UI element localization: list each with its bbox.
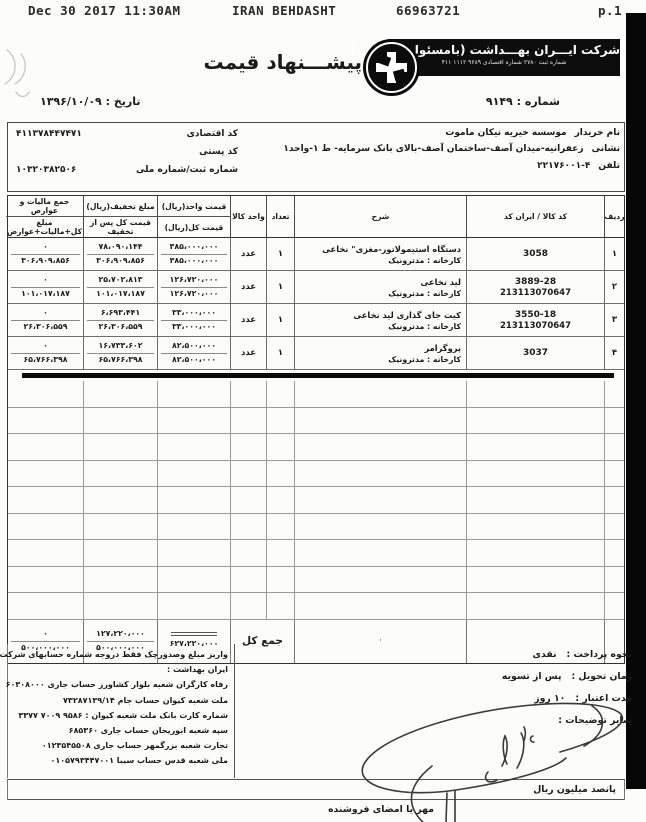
empty-cell [157,567,230,593]
product-name: لید نخاعی [297,277,461,287]
sum-rule [171,632,217,636]
economic-code-label: کد اقتصادی [187,129,238,139]
table-row: ۳ 3550-18 213113070647 کیت جای گذاری لید… [8,304,624,337]
empty-cell [294,540,466,566]
empty-cell [466,461,604,487]
header-description: شرح [294,196,466,237]
empty-cell [266,514,294,540]
delivery-time-line: زمان تحویل : پس از تسویه [502,671,632,682]
bank-account-line: رفاه کارگران شعبه بلوار کشاورز حساب جاری… [10,677,228,692]
buyer-label: نام خریدار [575,128,620,138]
postal-code-row: کد پستی [16,147,238,157]
price-cell: ۳۳،۰۰۰،۰۰۰ ۳۳،۰۰۰،۰۰۰ [157,304,230,336]
empty-cell [230,434,266,460]
factory-name: کارخانه : مدترونیک [297,256,461,265]
other-notes-line: سایر توضیحات : [502,715,632,726]
unit-price-value: ۱۲۶،۷۲۰،۰۰۰ [161,275,227,288]
validity-label: مدت اعتبار : [575,693,632,704]
empty-cell [8,381,83,407]
address-value: زعفرانیه-میدان آصف-ساختمان آصف-بالای بان… [283,144,583,154]
product-code-cell: 3889-28 213113070647 [466,271,604,303]
empty-table-row [8,567,624,594]
empty-table-row [8,434,624,461]
amount-in-words: پانصد میلیون ریال [533,784,616,795]
total-price-value: ۳۳،۰۰۰،۰۰۰ [161,321,227,333]
document-title: پیشـــنهاد قیمت [236,50,362,74]
registration-label: شماره ثبت/شماره ملی [136,165,238,175]
economic-code-row: کد اقتصادی ۴۱۱۳۷۸۴۴۷۴۷۱ [16,129,238,139]
empty-cell [466,514,604,540]
fax-header: Dec 30 2017 11:30AM IRAN BEHDASHT 669637… [0,3,646,19]
after-discount-value: ۱۰۱،۰۱۷،۱۸۷ [87,288,154,300]
price-cell: ۸۲،۵۰۰،۰۰۰ ۸۲،۵۰۰،۰۰۰ [157,337,230,369]
buyer-name: موسسه خیریه نیکان ماموت [445,128,566,138]
product-code-cell: 3058 [466,238,604,270]
empty-cell [604,461,624,487]
factory-name: کارخانه : مدترونیک [297,289,461,298]
empty-cell [294,461,466,487]
items-table: ردیف کد کالا / ایران کد شرح تعداد واحد ک… [7,195,625,664]
header-total-price: قیمت کل(ریال) [158,217,230,237]
bank-account-line: ملی شعبه قدس حساب سیبا ۰۱۰۵۷۹۳۴۴۷۰۰۱ [10,753,228,768]
qty-cell: ۱ [266,271,294,303]
factory-name: کارخانه : مدترونیک [297,322,461,331]
table-row: ۴ 3037 پروگرامر کارخانه : مدترونیک ۱ عدد… [8,337,624,370]
table-row: ۱ 3058 دستگاه استیمولاتور-مغزی" نخاعی کا… [8,238,624,271]
total-discount-value: ۱۲۷،۲۲۰،۰۰۰ [87,629,154,642]
bank-account-line: ملت شعبه کیوان حساب جام ۷۳۲۸۷۱۳۹/۱۴ [10,693,228,708]
empty-cell [83,540,157,566]
header-tax-sum: جمع مالیات و عوارض [6,196,83,217]
delivery-time-value: پس از تسویه [502,671,562,682]
bank-account-line: شماره کارت بانک ملت شعبه کیوان : ۹۵۸۶ ۷۰… [10,708,228,723]
empty-cell [294,487,466,513]
header-discount: مبلغ تخفیف(ریال) قیمت کل پس از تخفیف [83,196,157,237]
header-tax: جمع مالیات و عوارض مبلغ کل+مالیات+عوارض [6,196,83,237]
unit-cell: عدد [230,304,266,336]
empty-cell [604,408,624,434]
fax-number: 66963721 [396,3,460,18]
empty-cell [230,461,266,487]
description-cell: دستگاه استیمولاتور-مغزی" نخاعی کارخانه :… [294,238,466,270]
header-grand-total: مبلغ کل+مالیات+عوارض [6,217,83,237]
discount-cell: ۱۶،۷۳۳،۶۰۲ ۶۵،۷۶۶،۳۹۸ [83,337,157,369]
row-number-cell: ۴ [604,337,624,369]
row-number-cell: ۲ [604,271,624,303]
empty-cell [83,408,157,434]
company-banner: شرکت ایـــران بهـــداشت (بامسئولیت محدود… [388,39,620,76]
empty-cell [157,434,230,460]
empty-cell [83,434,157,460]
tax-value: ۰ [11,341,80,354]
fax-timestamp: Dec 30 2017 11:30AM [28,3,181,18]
product-code: 3058 [523,249,548,259]
header-discount-amount: مبلغ تخفیف(ریال) [84,196,157,217]
bank-title-line2: ایران بهداشت : [10,662,228,677]
empty-cell [604,434,624,460]
validity-line: مدت اعتبار : ۱۰ روز [502,693,632,704]
empty-table-row [8,408,624,435]
empty-cell [157,408,230,434]
empty-cell [266,567,294,593]
empty-cell [8,567,83,593]
unit-price-value: ۸۲،۵۰۰،۰۰۰ [161,341,227,354]
tax-cell: ۰ ۲۶،۳۰۶،۵۵۹ [8,304,83,336]
qty-cell: ۱ [266,238,294,270]
empty-cell [266,381,294,407]
other-notes-label: سایر توضیحات : [558,715,632,726]
buyer-row: نام خریدار موسسه خیریه نیکان ماموت [235,128,620,138]
document-number-value: ۹۱۴۹ [486,95,513,108]
empty-cell [266,540,294,566]
table-row: ۲ 3889-28 213113070647 لید نخاعی کارخانه… [8,271,624,304]
empty-table-row [8,514,624,541]
empty-cell [157,593,230,619]
amount-in-words-row: پانصد میلیون ریال [7,779,625,800]
validity-value: ۱۰ روز [534,693,565,704]
description-cell: کیت جای گذاری لید نخاعی کارخانه : مدترون… [294,304,466,336]
iran-code: 213113070647 [500,321,571,331]
empty-cell [157,514,230,540]
document-date: تاریخ : ۱۳۹۶/۱۰/۰۹ [40,95,140,108]
price-cell: ۳۸۵،۰۰۰،۰۰۰ ۳۸۵،۰۰۰،۰۰۰ [157,238,230,270]
payment-method-value: نقدی [532,649,556,660]
empty-cell [466,593,604,619]
empty-cell [157,461,230,487]
unit-price-value: ۳۸۵،۰۰۰،۰۰۰ [161,242,227,255]
phone-value: ۲۲۱۷۶۰۰۱-۴ [537,161,590,171]
fax-page-number: p.1 [598,3,622,18]
empty-cell [266,434,294,460]
empty-cell [83,514,157,540]
empty-cell [466,381,604,407]
empty-cell [230,381,266,407]
empty-table-row [8,593,624,620]
scanned-fax-page: { "fax_header": { "timestamp": "Dec 30 2… [0,0,646,822]
after-discount-value: ۶۵،۷۶۶،۳۹۸ [87,354,154,366]
empty-rows-section [8,381,624,620]
address-row: نشانی زعفرانیه-میدان آصف-ساختمان آصف-بال… [235,144,620,154]
customer-main-column: نام خریدار موسسه خیریه نیکان ماموت نشانی… [235,124,620,171]
empty-cell [230,487,266,513]
bank-account-line: سپه شعبه ابوریحان حساب جاری ۶۸۵۳۶۰ [10,723,228,738]
registration-value: ۱۰۳۲۰۳۸۲۵۰۶ [16,165,76,175]
empty-cell [466,567,604,593]
empty-cell [230,514,266,540]
empty-cell [8,461,83,487]
customer-codes-column: کد اقتصادی ۴۱۱۳۷۸۴۴۷۴۷۱ کد پستی شماره ثب… [16,124,238,175]
empty-cell [8,540,83,566]
total-price-value: ۱۲۶،۷۲۰،۰۰۰ [161,288,227,300]
empty-cell [266,487,294,513]
discount-cell: ۷۸،۰۹۰،۱۴۴ ۳۰۶،۹۰۹،۸۵۶ [83,238,157,270]
seller-seal-label: مهر یا امضای فروشنده [328,804,434,815]
empty-cell [230,593,266,619]
product-code-cell: 3037 [466,337,604,369]
after-discount-value: ۲۶،۳۰۶،۵۵۹ [87,321,154,333]
unit-cell: عدد [230,337,266,369]
empty-cell [230,408,266,434]
empty-cell [157,381,230,407]
tax-value: ۰ [11,242,80,255]
document-number: شماره : ۹۱۴۹ [486,95,560,108]
tax-value: ۰ [11,275,80,288]
total-price-value: ۸۲،۵۰۰،۰۰۰ [161,354,227,366]
empty-cell [294,381,466,407]
header-row-number: ردیف [604,196,624,237]
grand-value: ۳۰۶،۹۰۹،۸۵۶ [11,255,80,267]
product-code-cell: 3550-18 213113070647 [466,304,604,336]
header-qty: تعداد [266,196,294,237]
total-description-cell: · [294,620,466,663]
thick-separator-line [22,373,614,378]
empty-cell [83,487,157,513]
company-registration-line: شماره ثبت ۲۷۸۰ شماره اقتصادی ۹۶۸۹ ۱۱۱۲ ۴… [388,59,620,66]
empty-cell [294,593,466,619]
unit-price-value: ۳۳،۰۰۰،۰۰۰ [161,308,227,321]
qty-cell: ۱ [266,304,294,336]
empty-cell [466,408,604,434]
tax-cell: ۰ ۱۰۱،۰۱۷،۱۸۷ [8,271,83,303]
company-name: شرکت ایـــران بهـــداشت (بامسئولیت محدود… [388,43,620,57]
product-code: 3550-18 [515,310,556,320]
discount-value: ۷۸،۰۹۰،۱۴۴ [87,242,154,255]
header-price: قیمت واحد(ریال) قیمت کل(ریال) [157,196,230,237]
tax-cell: ۰ ۶۵،۷۶۶،۳۹۸ [8,337,83,369]
empty-cell [466,434,604,460]
postal-code-label: کد پستی [199,147,238,157]
empty-cell [266,593,294,619]
qty-cell: ۱ [266,337,294,369]
product-code: 3889-28 [515,277,556,287]
grand-value: ۲۶،۳۰۶،۵۵۹ [11,321,80,333]
medical-cross-icon [363,39,420,96]
empty-cell [604,514,624,540]
total-tax-value: ۰ [11,629,80,642]
total-price-value: ۳۸۵،۰۰۰،۰۰۰ [161,255,227,267]
header-unit-price: قیمت واحد(ریال) [158,196,230,217]
empty-cell [8,514,83,540]
empty-cell [294,567,466,593]
payment-method-line: نحوه پرداخت : نقدی [502,649,632,660]
address-label: نشانی [592,144,620,154]
empty-table-row [8,540,624,567]
bank-title-line1: واریز مبلغ وصدورچک فقط دروجه شماره حسابه… [10,647,228,662]
empty-cell [8,408,83,434]
empty-cell [294,434,466,460]
discount-cell: ۶،۶۹۳،۴۴۱ ۲۶،۳۰۶،۵۵۹ [83,304,157,336]
empty-cell [83,593,157,619]
empty-cell [604,593,624,619]
empty-cell [266,461,294,487]
document-date-value: ۱۳۹۶/۱۰/۰۹ [40,95,102,108]
row-number-cell: ۳ [604,304,624,336]
empty-cell [466,540,604,566]
total-label: جمع کل [230,620,294,663]
empty-cell [604,567,624,593]
empty-cell [157,540,230,566]
terms-section: نحوه پرداخت : نقدی زمان تحویل : پس از تس… [502,649,632,737]
empty-cell [294,408,466,434]
delivery-time-label: زمان تحویل : [571,671,632,682]
description-cell: لید نخاعی کارخانه : مدترونیک [294,271,466,303]
economic-code-value: ۴۱۱۳۷۸۴۴۷۴۷۱ [16,129,82,139]
fax-sender: IRAN BEHDASHT [232,3,336,18]
empty-cell [294,514,466,540]
product-name: پروگرامر [297,343,461,353]
empty-cell [83,461,157,487]
description-cell: پروگرامر کارخانه : مدترونیک [294,337,466,369]
empty-cell [83,381,157,407]
product-name: دستگاه استیمولاتور-مغزی" نخاعی [297,244,461,254]
after-discount-value: ۳۰۶،۹۰۹،۸۵۶ [87,255,154,267]
grand-value: ۶۵،۷۶۶،۳۹۸ [11,354,80,366]
document-number-label: شماره : [517,95,560,108]
empty-cell [230,540,266,566]
empty-cell [8,434,83,460]
empty-table-row [8,461,624,488]
row-number-cell: ۱ [604,238,624,270]
header-code: کد کالا / ایران کد [466,196,604,237]
empty-cell [8,487,83,513]
tax-value: ۰ [11,308,80,321]
empty-table-row [8,487,624,514]
empty-cell [604,381,624,407]
table-body: ۱ 3058 دستگاه استیمولاتور-مغزی" نخاعی کا… [8,238,624,370]
tax-cell: ۰ ۳۰۶،۹۰۹،۸۵۶ [8,238,83,270]
header-unit: واحد کالا [230,196,266,237]
empty-cell [230,567,266,593]
bank-account-line: تجارت شعبه بزرگمهر حساب جاری ۰۱۲۳۵۴۵۵۰۸ [10,738,228,753]
product-name: کیت جای گذاری لید نخاعی [297,310,461,320]
unit-cell: عدد [230,238,266,270]
company-logo-icon [363,39,420,96]
phone-label: تلفن [598,161,620,171]
empty-cell [157,487,230,513]
grand-value: ۱۰۱،۰۱۷،۱۸۷ [11,288,80,300]
header-after-discount: قیمت کل پس از تخفیف [84,217,157,237]
phone-row: تلفن ۲۲۱۷۶۰۰۱-۴ [235,161,620,171]
bank-accounts-box: واریز مبلغ وصدورچک فقط دروجه شماره حسابه… [7,644,235,778]
factory-name: کارخانه : مدترونیک [297,355,461,364]
table-header-row: ردیف کد کالا / ایران کد شرح تعداد واحد ک… [8,196,624,238]
empty-cell [83,567,157,593]
registration-row: شماره ثبت/شماره ملی ۱۰۳۲۰۳۸۲۵۰۶ [16,165,238,175]
product-code: 3037 [523,348,548,358]
discount-value: ۶،۶۹۳،۴۴۱ [87,308,154,321]
price-cell: ۱۲۶،۷۲۰،۰۰۰ ۱۲۶،۷۲۰،۰۰۰ [157,271,230,303]
discount-value: ۲۵،۷۰۲،۸۱۳ [87,275,154,288]
customer-info-box: نام خریدار موسسه خیریه نیکان ماموت نشانی… [7,122,625,192]
empty-cell [604,540,624,566]
empty-cell [8,593,83,619]
empty-table-row [8,381,624,408]
empty-cell [466,487,604,513]
discount-value: ۱۶،۷۳۳،۶۰۲ [87,341,154,354]
unit-cell: عدد [230,271,266,303]
payment-method-label: نحوه پرداخت : [567,649,632,660]
document-date-label: تاریخ : [106,95,141,108]
empty-cell [266,408,294,434]
empty-cell [604,487,624,513]
iran-code: 213113070647 [500,288,571,298]
discount-cell: ۲۵،۷۰۲،۸۱۳ ۱۰۱،۰۱۷،۱۸۷ [83,271,157,303]
